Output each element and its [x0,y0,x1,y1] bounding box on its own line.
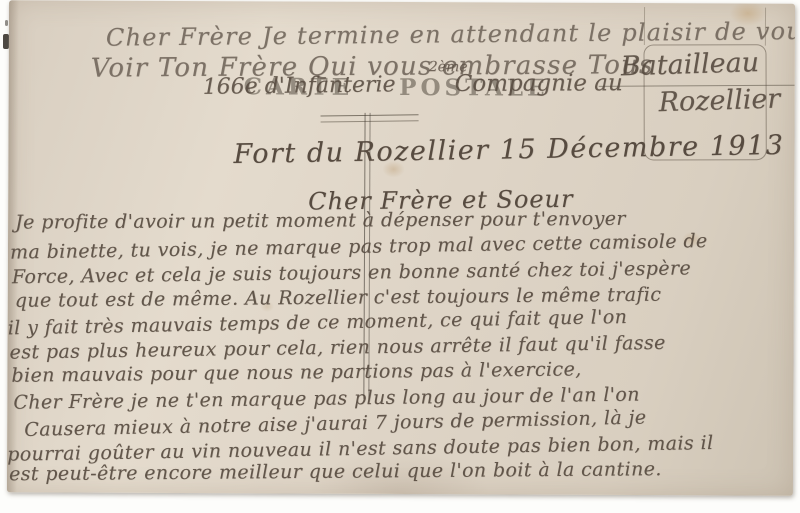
handwriting-body-line: bien mauvais pour que nous ne partions p… [11,360,581,385]
handwriting-regiment: 166e d'Infanterie [203,74,396,99]
handwriting-top-line-1: Cher Frère Je termine en attendant le pl… [106,19,795,50]
handwriting-body-line: est peut-être encore meilleur que celui … [9,460,662,484]
postcard-back: CARTE POSTALE Cher Frère Je termine en a… [7,0,795,495]
handwriting-signature: Batailleau [620,49,759,80]
handwriting-place: Rozellier [658,86,780,117]
handwriting-company: Compagnie au [455,72,623,96]
handwriting-dateline: Fort du Rozellier 15 Décembre 1913 [233,132,784,168]
scanned-postcard-photo: CARTE POSTALE Cher Frère Je termine en a… [0,0,800,513]
handwriting-body-line: Je profite d'avoir un petit moment à dép… [15,210,626,233]
scan-edge-speck [5,20,8,26]
handwriting-body-line: Force, Avec et cela je suis toujours en … [12,259,691,287]
